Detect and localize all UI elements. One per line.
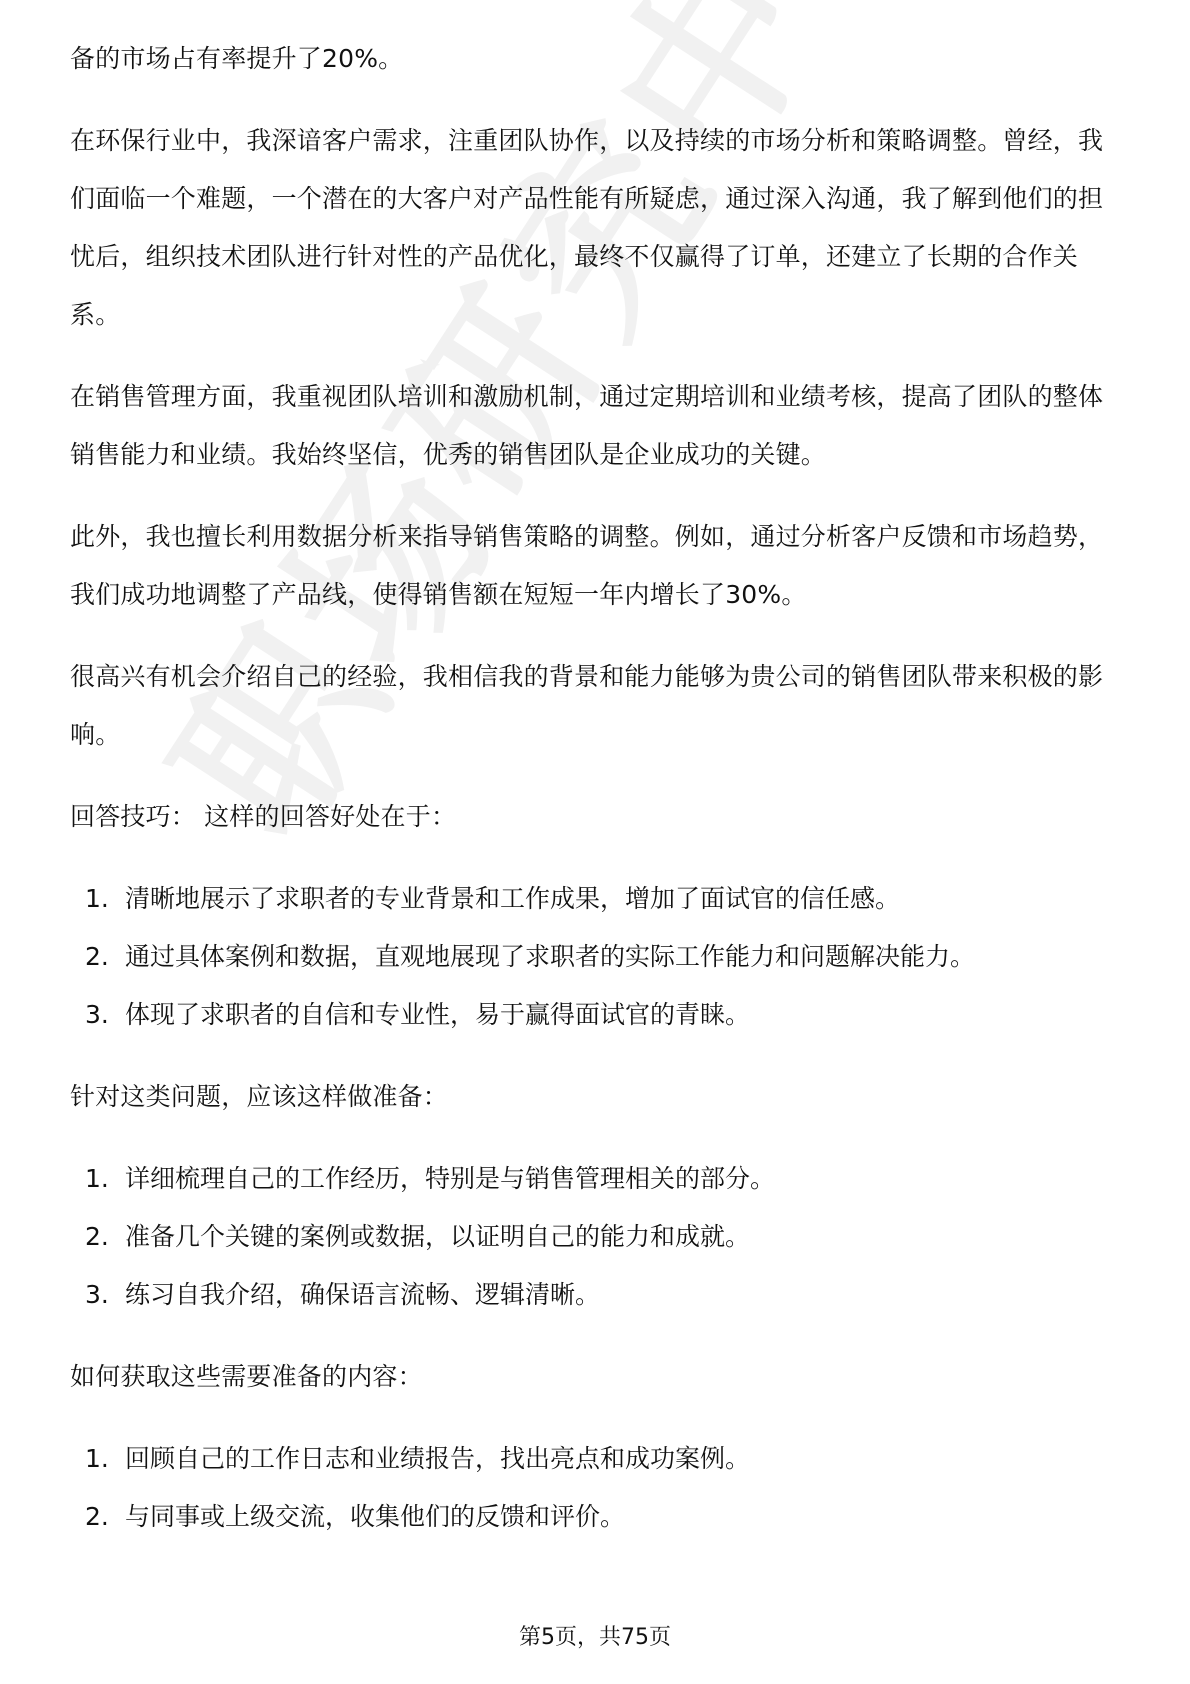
paragraph-continuation: 备的市场占有率提升了20%。 <box>70 30 1115 88</box>
list-text: 与同事或上级交流，收集他们的反馈和评价。 <box>125 1488 625 1546</box>
prepare-heading: 针对这类问题，应该这样做准备： <box>70 1068 1115 1126</box>
gather-list: 1. 回顾自己的工作日志和业绩报告，找出亮点和成功案例。 2. 与同事或上级交流… <box>70 1430 1115 1546</box>
paragraph-environmental-industry: 在环保行业中，我深谙客户需求，注重团队协作，以及持续的市场分析和策略调整。曾经，… <box>70 112 1115 344</box>
list-text: 回顾自己的工作日志和业绩报告，找出亮点和成功案例。 <box>125 1430 750 1488</box>
paragraph-sales-management: 在销售管理方面，我重视团队培训和激励机制，通过定期培训和业绩考核，提高了团队的整… <box>70 368 1115 484</box>
prepare-list: 1. 详细梳理自己的工作经历，特别是与销售管理相关的部分。 2. 准备几个关键的… <box>70 1150 1115 1324</box>
tips-list: 1. 清晰地展示了求职者的专业背景和工作成果，增加了面试官的信任感。 2. 通过… <box>70 870 1115 1044</box>
paragraph-closing: 很高兴有机会介绍自己的经验，我相信我的背景和能力能够为贵公司的销售团队带来积极的… <box>70 648 1115 764</box>
list-number: 1. <box>70 870 125 928</box>
gather-heading: 如何获取这些需要准备的内容： <box>70 1348 1115 1406</box>
list-item: 2. 与同事或上级交流，收集他们的反馈和评价。 <box>70 1488 1115 1546</box>
list-text: 清晰地展示了求职者的专业背景和工作成果，增加了面试官的信任感。 <box>125 870 900 928</box>
list-item: 1. 清晰地展示了求职者的专业背景和工作成果，增加了面试官的信任感。 <box>70 870 1115 928</box>
list-number: 1. <box>70 1430 125 1488</box>
list-number: 2. <box>70 928 125 986</box>
list-text: 体现了求职者的自信和专业性，易于赢得面试官的青睐。 <box>125 986 750 1044</box>
list-text: 准备几个关键的案例或数据，以证明自己的能力和成就。 <box>125 1208 750 1266</box>
list-text: 练习自我介绍，确保语言流畅、逻辑清晰。 <box>125 1266 600 1324</box>
list-item: 1. 详细梳理自己的工作经历，特别是与销售管理相关的部分。 <box>70 1150 1115 1208</box>
document-page: 职场研究中心 备的市场占有率提升了20%。 在环保行业中，我深谙客户需求，注重团… <box>0 0 1190 1684</box>
list-number: 2. <box>70 1208 125 1266</box>
list-text: 通过具体案例和数据，直观地展现了求职者的实际工作能力和问题解决能力。 <box>125 928 975 986</box>
list-item: 2. 通过具体案例和数据，直观地展现了求职者的实际工作能力和问题解决能力。 <box>70 928 1115 986</box>
list-number: 3. <box>70 1266 125 1324</box>
list-number: 2. <box>70 1488 125 1546</box>
document-body: 备的市场占有率提升了20%。 在环保行业中，我深谙客户需求，注重团队协作，以及持… <box>70 30 1115 1570</box>
tips-heading: 回答技巧： 这样的回答好处在于： <box>70 788 1115 846</box>
paragraph-data-analysis: 此外，我也擅长利用数据分析来指导销售策略的调整。例如，通过分析客户反馈和市场趋势… <box>70 508 1115 624</box>
list-number: 3. <box>70 986 125 1044</box>
list-item: 3. 练习自我介绍，确保语言流畅、逻辑清晰。 <box>70 1266 1115 1324</box>
list-item: 2. 准备几个关键的案例或数据，以证明自己的能力和成就。 <box>70 1208 1115 1266</box>
list-item: 1. 回顾自己的工作日志和业绩报告，找出亮点和成功案例。 <box>70 1430 1115 1488</box>
list-item: 3. 体现了求职者的自信和专业性，易于赢得面试官的青睐。 <box>70 986 1115 1044</box>
list-number: 1. <box>70 1150 125 1208</box>
list-text: 详细梳理自己的工作经历，特别是与销售管理相关的部分。 <box>125 1150 775 1208</box>
page-indicator: 第5页，共75页 <box>0 1620 1190 1651</box>
